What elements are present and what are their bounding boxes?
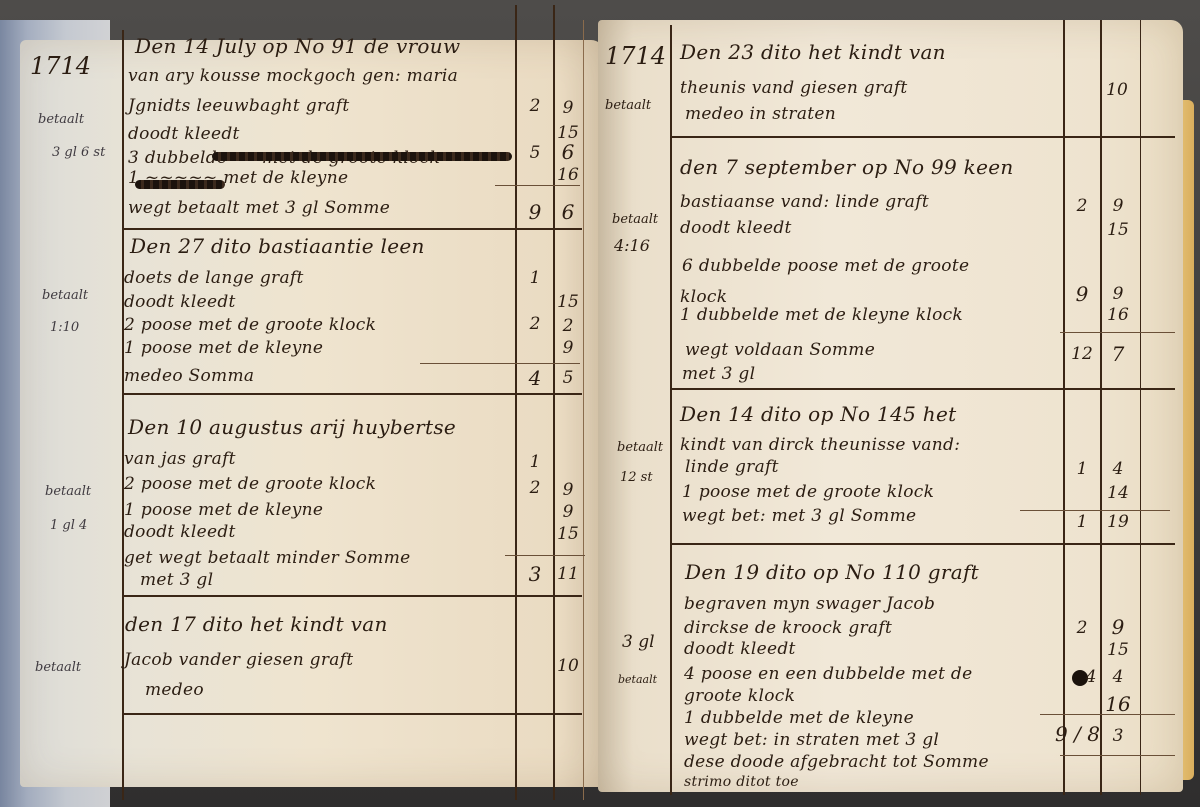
- entry-line: kindt van dirck theunisse vand:: [680, 435, 960, 455]
- entry-divider: [122, 595, 582, 597]
- margin-note: 3 gl: [622, 632, 655, 652]
- entry-line: Den 23 dito het kindt van: [680, 40, 946, 64]
- ledger-photo: 1714 betaalt 3 gl 6 st betaalt 1:10 beta…: [0, 0, 1200, 807]
- stuiver-amount: 15: [553, 292, 583, 312]
- entry-line: 4 poose en een dubbelde met de: [684, 664, 972, 684]
- guilder-amount: 1: [520, 268, 550, 288]
- entry-line: linde graft: [685, 457, 779, 477]
- total-rule: [505, 555, 585, 556]
- stuiver-amount: 9: [553, 480, 583, 500]
- entry-line: den 7 september op No 99 keen: [680, 155, 1014, 179]
- entry-line: Jacob vander giesen graft: [124, 650, 353, 670]
- entry-line: wegt betaalt met 3 gl Somme: [128, 198, 390, 218]
- entry-line: Den 14 July op No 91 de vrouw: [135, 34, 460, 58]
- stuiver-amount: 16: [553, 165, 583, 185]
- guilder-amount: 2: [1067, 618, 1097, 638]
- guilder-total: 4: [520, 366, 550, 390]
- entry-line: dese doode afgebracht tot Somme: [684, 752, 989, 772]
- margin-note: 3 gl 6 st: [52, 145, 105, 160]
- entry-line: doets de lange graft: [124, 268, 304, 288]
- entry-divider: [670, 388, 1175, 390]
- entry-line: theunis vand giesen graft: [680, 78, 908, 98]
- entry-line: van ary kousse mockgoch gen: maria: [128, 66, 458, 86]
- guilder-amount: 5: [520, 143, 550, 163]
- entry-line: den 17 dito het kindt van: [125, 612, 388, 636]
- gutter: [583, 20, 584, 800]
- entry-line: Den 14 dito op No 145 het: [680, 402, 956, 426]
- total-rule: [1060, 332, 1175, 333]
- entry-line: 1 poose met de kleyne: [124, 500, 323, 520]
- crossed-out-text: [135, 180, 225, 189]
- margin-note: betaalt: [45, 484, 91, 499]
- stuiver-amount: 9: [553, 502, 583, 522]
- entry-divider: [670, 136, 1175, 138]
- entry-divider: [122, 713, 582, 715]
- guilder-total: 9 / 8: [1050, 722, 1105, 746]
- entry-line: wegt bet: in straten met 3 gl: [684, 730, 939, 750]
- stuiver-amount: 2: [553, 316, 583, 336]
- entry-line: doodt kleedt: [124, 522, 236, 542]
- entry-line: 1 poose met de groote klock: [682, 482, 934, 502]
- stuiver-total: 19: [1103, 512, 1133, 532]
- year-label: 1714: [605, 42, 666, 70]
- stuiver-amount: 4: [1103, 667, 1133, 687]
- right-margin-rule: [670, 25, 672, 795]
- entry-line: doodt kleedt: [684, 639, 796, 659]
- stuiver-amount: 9: [553, 338, 583, 358]
- entry-divider: [122, 393, 582, 395]
- entry-line: 6 dubbelde poose met de groote: [682, 256, 969, 276]
- guilder-amount: 9: [1067, 282, 1097, 306]
- stuiver-amount: 16: [1103, 692, 1133, 716]
- total-rule: [1020, 510, 1170, 511]
- entry-line: wegt voldaan Somme: [685, 340, 875, 360]
- stuiver-amount: 10: [553, 656, 583, 676]
- margin-note: 1 gl 4: [50, 518, 87, 533]
- entry-line: 2 poose met de groote klock: [124, 474, 376, 494]
- guilder-amount: 4: [1076, 667, 1106, 687]
- stuiver-amount: 15: [1103, 220, 1133, 240]
- entry-line: strimo ditot toe: [684, 774, 799, 790]
- year-label: 1714: [30, 52, 91, 80]
- margin-note: betaalt: [612, 212, 658, 227]
- entry-line: wegt bet: met 3 gl Somme: [682, 506, 916, 526]
- stuiver-amount: 10: [1102, 80, 1132, 100]
- stuiver-amount: 9: [1103, 615, 1133, 639]
- entry-line: doodt kleedt: [124, 292, 236, 312]
- entry-line: get wegt betaalt minder Somme: [124, 548, 411, 568]
- entry-line: Den 27 dito bastiaantie leen: [130, 234, 425, 258]
- entry-line: dirckse de kroock graft: [684, 618, 892, 638]
- entry-line: medeo: [145, 680, 204, 700]
- margin-note: betaalt: [618, 673, 657, 686]
- entry-line: doodt kleedt: [128, 124, 240, 144]
- entry-line: doodt kleedt: [680, 218, 792, 238]
- guilder-total: 1: [1067, 512, 1097, 532]
- total-rule: [1060, 755, 1175, 756]
- guilder-total: 9: [520, 200, 550, 224]
- entry-line: met 3 gl: [140, 570, 213, 590]
- guilder-amount: 1: [520, 452, 550, 472]
- crossed-out-text: [212, 152, 512, 161]
- entry-line: groote klock: [684, 686, 795, 706]
- margin-note: betaalt: [42, 288, 88, 303]
- stuiver-amount: 15: [1103, 640, 1133, 660]
- guilder-amount: 2: [520, 478, 550, 498]
- margin-note: 4:16: [614, 236, 650, 255]
- entry-line: 2 poose met de groote klock: [124, 315, 376, 335]
- entry-line: medeo Somma: [124, 366, 254, 386]
- guilder-amount: 2: [1067, 196, 1097, 216]
- left-margin-rule: [122, 30, 124, 800]
- total-rule: [420, 363, 580, 364]
- entry-line: bastiaanse vand: linde graft: [680, 192, 929, 212]
- stuiver-total: 5: [553, 368, 583, 388]
- margin-note: betaalt: [605, 98, 651, 113]
- margin-note: betaalt: [617, 440, 663, 455]
- stuiver-amount: 9: [1103, 196, 1133, 216]
- entry-line: Jgnidts leeuwbaght graft: [128, 96, 350, 116]
- total-rule: [495, 185, 580, 186]
- entry-line: met 3 gl: [682, 364, 755, 384]
- entry-divider: [122, 228, 582, 230]
- guilder-total: 3: [520, 562, 550, 586]
- entry-line: klock: [680, 287, 727, 307]
- margin-note: betaalt: [35, 660, 81, 675]
- left-guilder-column-rule: [515, 5, 517, 800]
- stuiver-amount: 9: [1103, 284, 1133, 304]
- entry-line: 1 dubbelde met de kleyne: [684, 708, 914, 728]
- stuiver-amount: 9: [553, 98, 583, 118]
- stuiver-amount: 16: [1103, 305, 1133, 325]
- entry-line: 1 poose met de kleyne: [124, 338, 323, 358]
- stuiver-total: 3: [1103, 726, 1133, 746]
- guilder-amount: 1: [1067, 459, 1097, 479]
- entry-line: begraven myn swager Jacob: [684, 594, 935, 614]
- margin-note: 1:10: [50, 320, 79, 335]
- margin-note: betaalt: [38, 112, 84, 127]
- entry-line: van jas graft: [124, 449, 236, 469]
- stuiver-amount: 15: [553, 524, 583, 544]
- entry-line: Den 19 dito op No 110 graft: [685, 560, 979, 584]
- stuiver-amount: 4: [1103, 459, 1133, 479]
- stuiver-amount: 6: [553, 140, 583, 164]
- stuiver-total: 11: [553, 564, 583, 584]
- stuiver-total: 6: [553, 200, 583, 224]
- entry-line: Den 10 augustus arij huybertse: [128, 415, 456, 439]
- entry-divider: [670, 543, 1175, 545]
- margin-note: 12 st: [620, 470, 653, 485]
- guilder-total: 12: [1067, 344, 1097, 364]
- stuiver-total: 7: [1103, 342, 1133, 366]
- entry-line: medeo in straten: [685, 104, 836, 124]
- stuiver-amount: 14: [1103, 483, 1133, 503]
- entry-line: 1 dubbelde met de kleyne klock: [680, 305, 963, 325]
- guilder-amount: 2: [520, 314, 550, 334]
- guilder-amount: 2: [520, 96, 550, 116]
